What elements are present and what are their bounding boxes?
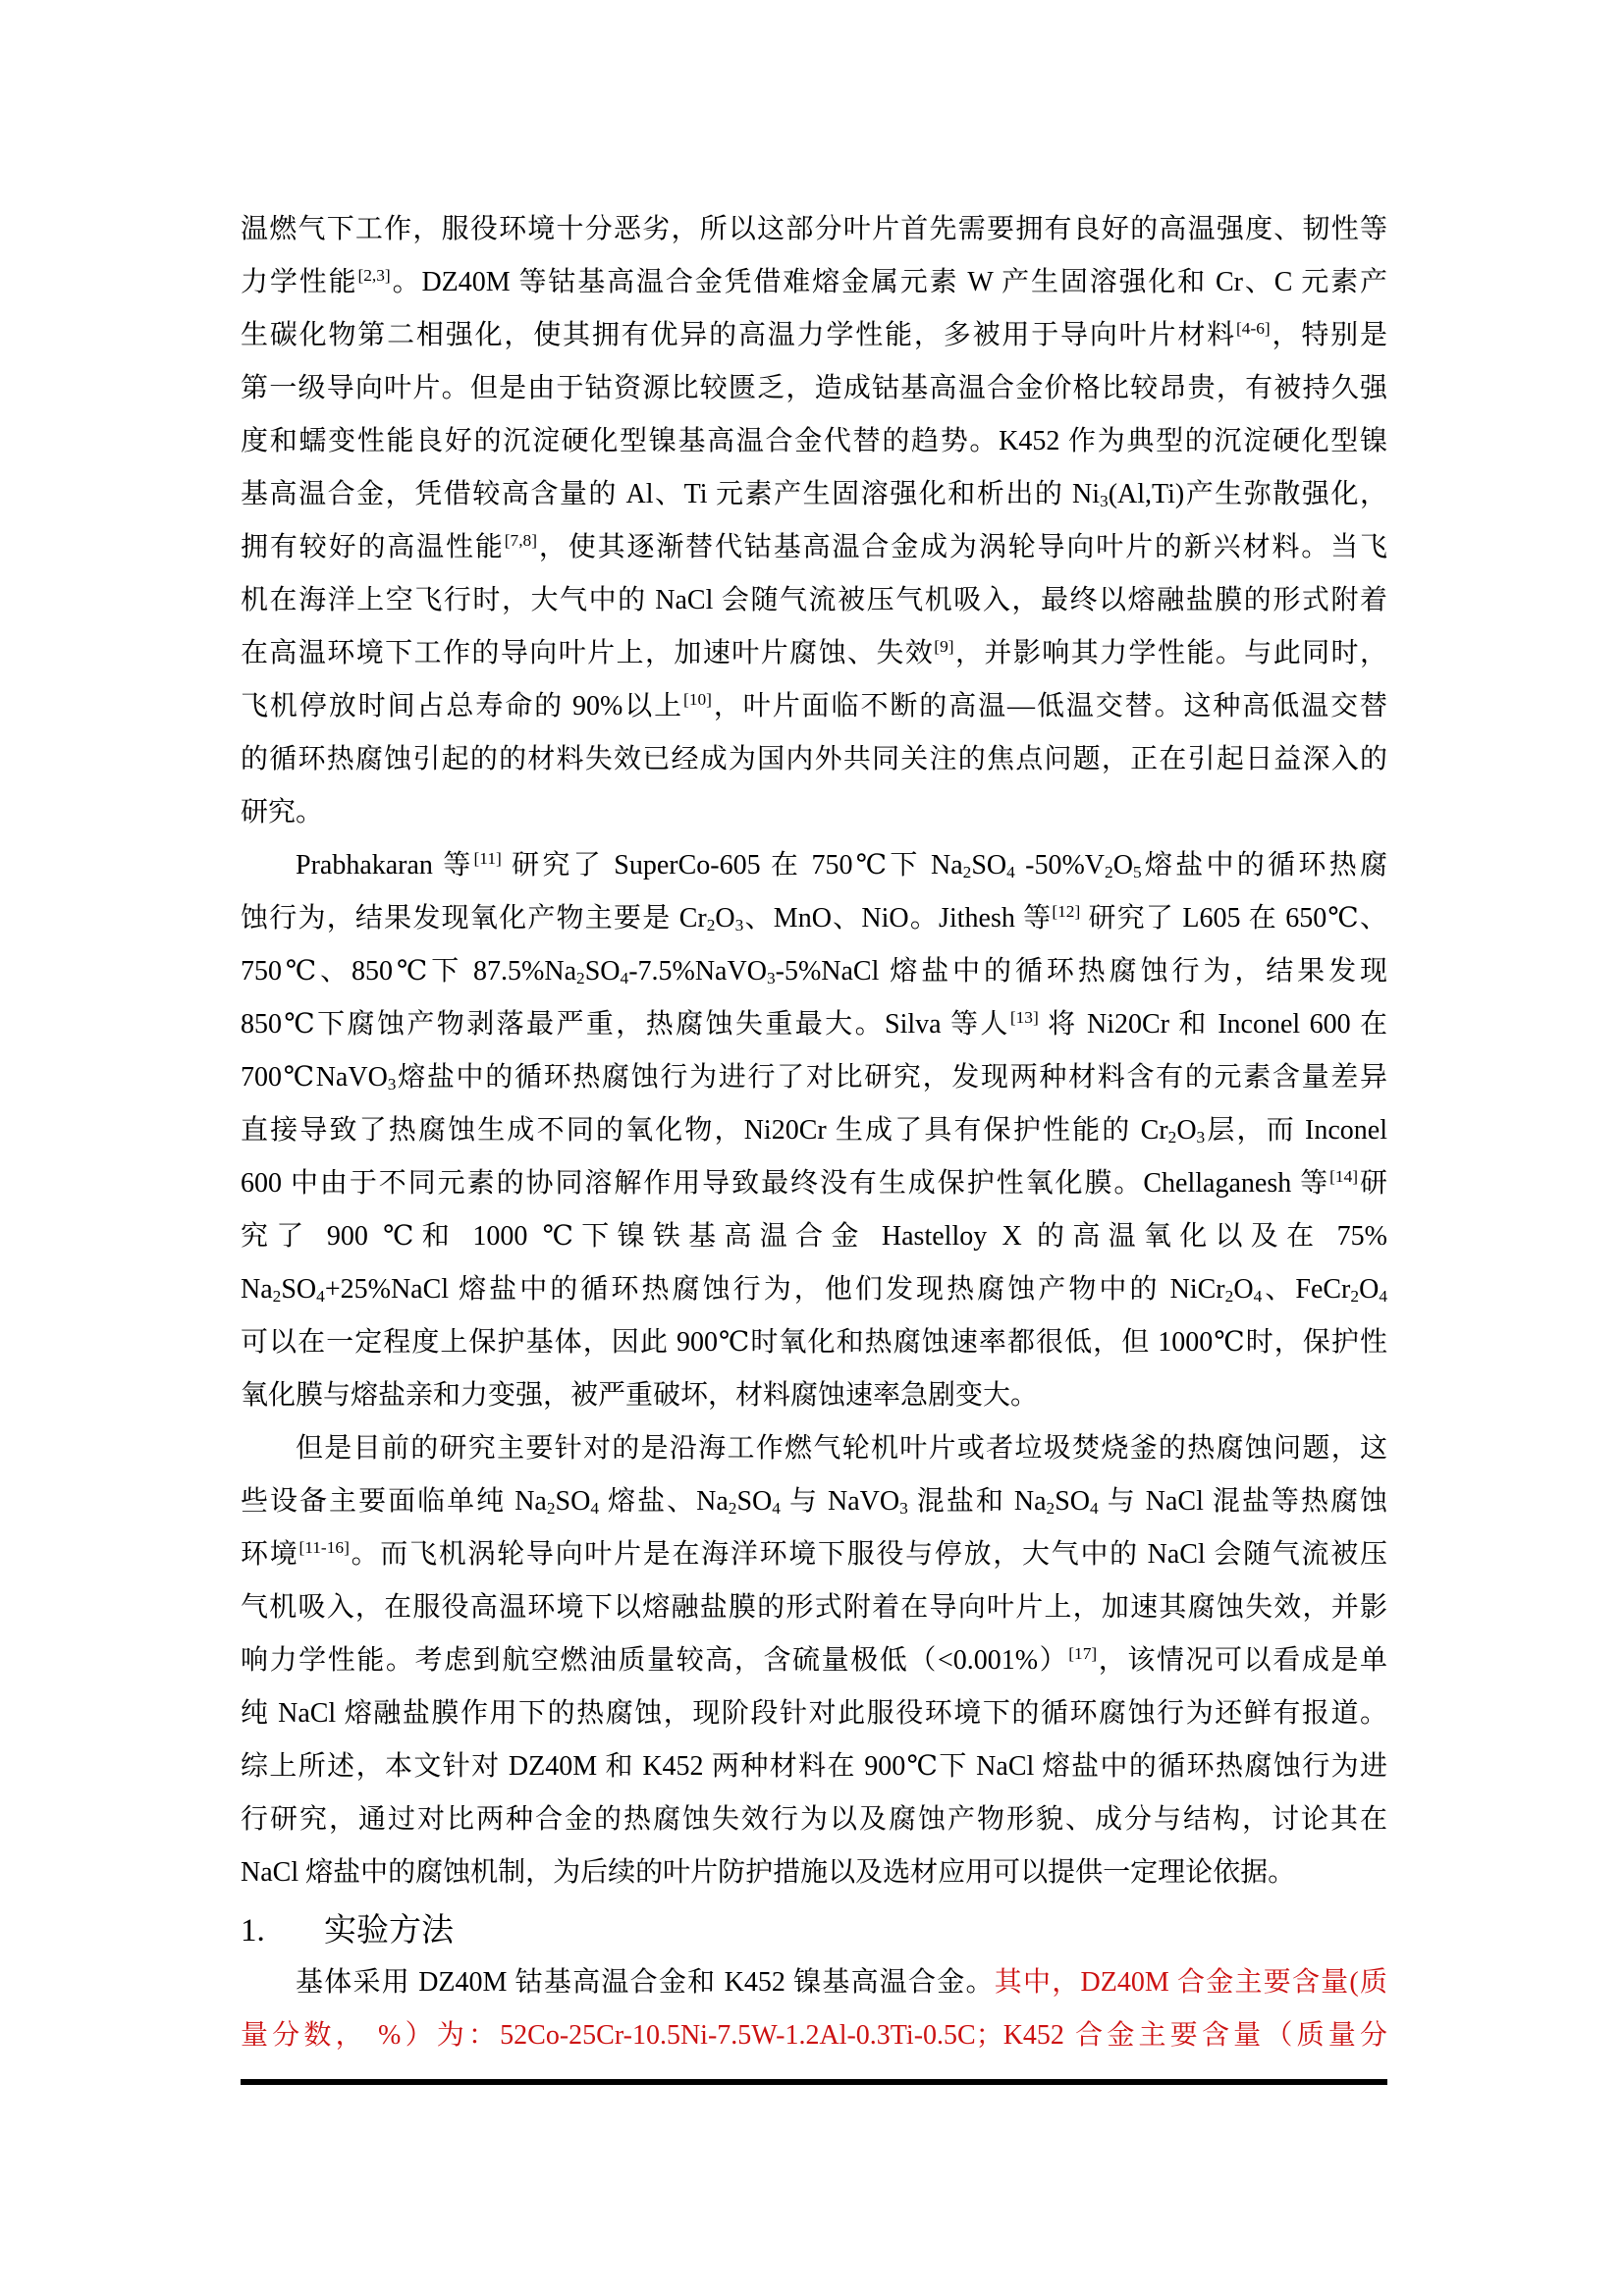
body-line: 700℃NaVO3熔盐中的循环热腐蚀行为进行了对比研究，发现两种材料含有的元素含… bbox=[241, 1059, 1387, 1112]
body-line: 究了 900 ℃和 1000 ℃下镍铁基高温合金 Hastelloy X 的高温… bbox=[241, 1218, 1387, 1271]
section-title: 实验方法 bbox=[324, 1913, 454, 1949]
body-line: 可以在一定程度上保护基体，因此 900℃时氧化和热腐蚀速率都很低，但 1000℃… bbox=[241, 1324, 1387, 1377]
body-line: 行研究，通过对比两种合金的热腐蚀失效行为以及腐蚀产物形貌、成分与结构，讨论其在 bbox=[241, 1801, 1387, 1854]
paragraph-start-line: Prabhakaran 等[11] 研究了 SuperCo-605 在 750℃… bbox=[241, 847, 1387, 900]
body-line: 综上所述，本文针对 DZ40M 和 K452 两种材料在 900℃下 NaCl … bbox=[241, 1748, 1387, 1801]
body-line: 850℃下腐蚀产物剥落最严重，热腐蚀失重最大。Silva 等人[13] 将 Ni… bbox=[241, 1006, 1387, 1059]
body-line: 力学性能[2,3]。DZ40M 等钴基高温合金凭借难熔金属元素 W 产生固溶强化… bbox=[241, 264, 1387, 317]
body-line: 750℃、850℃下 87.5%Na2SO4-7.5%NaVO3-5%NaCl … bbox=[241, 953, 1387, 1006]
body-line: 蚀行为，结果发现氧化产物主要是 Cr2O3、MnO、NiO。Jithesh 等[… bbox=[241, 900, 1387, 953]
body-line: 的循环热腐蚀引起的的材料失效已经成为国内外共同关注的焦点问题，正在引起日益深入的 bbox=[241, 741, 1387, 794]
paragraph-end-line: 研究。 bbox=[241, 794, 1387, 847]
body-line: Na2SO4+25%NaCl 熔盐中的循环热腐蚀行为，他们发现热腐蚀产物中的 N… bbox=[241, 1271, 1387, 1324]
body-line: 直接导致了热腐蚀生成不同的氧化物，Ni20Cr 生成了具有保护性能的 Cr2O3… bbox=[241, 1112, 1387, 1165]
experiment-text-red: 其中，DZ40M 合金主要含量(质 bbox=[995, 1967, 1387, 1998]
body-line: 生碳化物第二相强化，使其拥有优异的高温力学性能，多被用于导向叶片材料[4-6]，… bbox=[241, 317, 1387, 370]
experiment-red-line: 量分数， %）为：52Co-25Cr-10.5Ni-7.5W-1.2Al-0.3… bbox=[241, 2017, 1387, 2070]
body-line: 在高温环境下工作的导向叶片上，加速叶片腐蚀、失效[9]，并影响其力学性能。与此同… bbox=[241, 635, 1387, 688]
body-line: 基高温合金，凭借较高含量的 Al、Ti 元素产生固溶强化和析出的 Ni3(Al,… bbox=[241, 476, 1387, 529]
body-line: 机在海洋上空飞行时，大气中的 NaCl 会随气流被压气机吸入，最终以熔融盐膜的形… bbox=[241, 582, 1387, 635]
body-line: 拥有较好的高温性能[7,8]，使其逐渐替代钴基高温合金成为涡轮导向叶片的新兴材料… bbox=[241, 529, 1387, 582]
body-line: 环境[11-16]。而飞机涡轮导向叶片是在海洋环境下服役与停放，大气中的 NaC… bbox=[241, 1536, 1387, 1589]
section-number: 1. bbox=[241, 1907, 324, 1954]
document-page: { "page": { "background_color": "#ffffff… bbox=[0, 0, 1624, 2296]
text-column: 温燃气下工作，服役环境十分恶劣，所以这部分叶片首先需要拥有良好的高温强度、韧性等… bbox=[241, 211, 1387, 2085]
body-line: 响力学性能。考虑到航空燃油质量较高，含硫量极低（<0.001%）[17]，该情况… bbox=[241, 1642, 1387, 1695]
bottom-divider-rule bbox=[241, 2079, 1387, 2085]
section-heading: 1.实验方法 bbox=[241, 1907, 1387, 1964]
paragraph-end-line: NaCl 熔盐中的腐蚀机制，为后续的叶片防护措施以及选材应用可以提供一定理论依据… bbox=[241, 1854, 1387, 1907]
body-line: 第一级导向叶片。但是由于钴资源比较匮乏，造成钴基高温合金价格比较昂贵，有被持久强 bbox=[241, 370, 1387, 423]
body-line: 气机吸入，在服役高温环境下以熔融盐膜的形式附着在导向叶片上，加速其腐蚀失效，并影 bbox=[241, 1589, 1387, 1642]
experiment-mixed-line: 基体采用 DZ40M 钴基高温合金和 K452 镍基高温合金。其中，DZ40M … bbox=[241, 1964, 1387, 2017]
body-line: 些设备主要面临单纯 Na2SO4 熔盐、Na2SO4 与 NaVO3 混盐和 N… bbox=[241, 1483, 1387, 1536]
experiment-text-black: 基体采用 DZ40M 钴基高温合金和 K452 镍基高温合金。 bbox=[296, 1967, 995, 1998]
paragraph-end-line: 氧化膜与熔盐亲和力变强，被严重破坏，材料腐蚀速率急剧变大。 bbox=[241, 1377, 1387, 1430]
paragraph-start-line: 但是目前的研究主要针对的是沿海工作燃气轮机叶片或者垃圾焚烧釜的热腐蚀问题，这 bbox=[241, 1430, 1387, 1483]
body-line: 600 中由于不同元素的协同溶解作用导致最终没有生成保护性氧化膜。Chellag… bbox=[241, 1165, 1387, 1218]
body-line: 纯 NaCl 熔融盐膜作用下的热腐蚀，现阶段针对此服役环境下的循环腐蚀行为还鲜有… bbox=[241, 1695, 1387, 1748]
body-line: 温燃气下工作，服役环境十分恶劣，所以这部分叶片首先需要拥有良好的高温强度、韧性等 bbox=[241, 211, 1387, 264]
body-line: 度和蠕变性能良好的沉淀硬化型镍基高温合金代替的趋势。K452 作为典型的沉淀硬化… bbox=[241, 423, 1387, 476]
body-line: 飞机停放时间占总寿命的 90%以上[10]，叶片面临不断的高温—低温交替。这种高… bbox=[241, 688, 1387, 741]
